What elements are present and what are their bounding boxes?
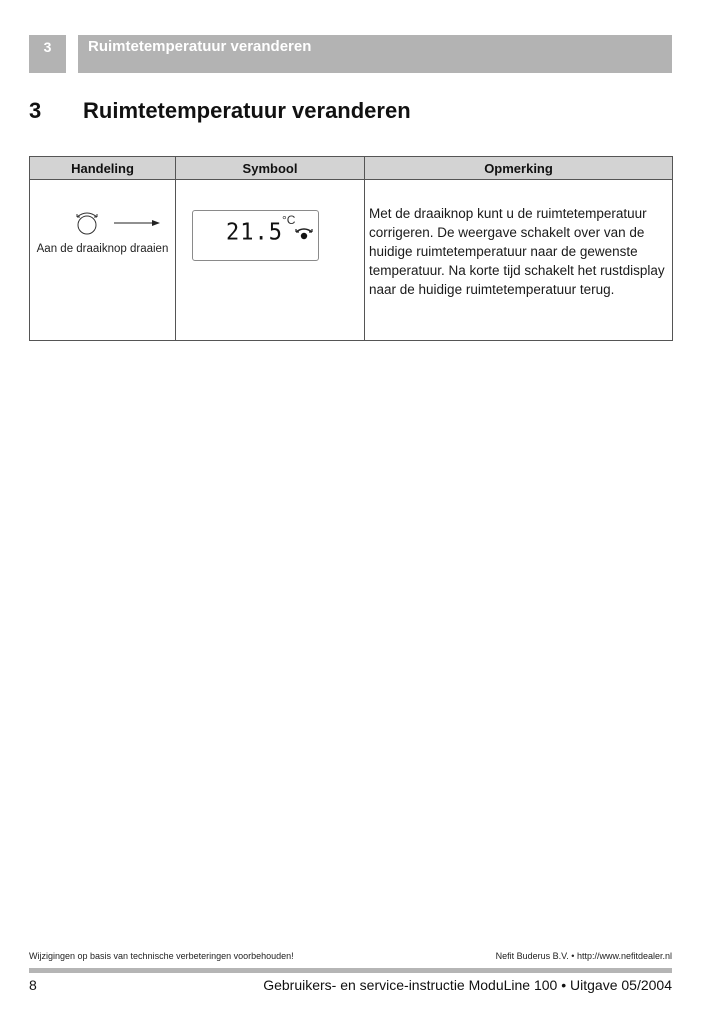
lcd-temperature-value: 21.5	[226, 219, 283, 245]
column-header-action: Handeling	[30, 157, 176, 180]
instruction-table: Handeling Symbool Opmerking	[29, 156, 673, 341]
lcd-unit: °C	[282, 213, 295, 227]
column-header-symbol: Symbool	[176, 157, 365, 180]
footer-company: Nefit Buderus B.V. • http://www.nefitdea…	[496, 951, 672, 961]
section-title: Ruimtetemperatuur veranderen	[83, 98, 411, 124]
rotary-knob-icon	[74, 210, 100, 236]
table-row: Aan de draaiknop draaien 21.5 °C	[30, 180, 673, 341]
footer-document-title: Gebruikers- en service-instructie ModuLi…	[263, 977, 672, 993]
knob-rotation-indicator-icon	[294, 226, 314, 240]
action-cell: Aan de draaiknop draaien	[30, 180, 176, 341]
remark-text: Met de draaiknop kunt u de ruimtetempera…	[365, 180, 672, 299]
arrow-right-icon	[114, 217, 160, 229]
action-label: Aan de draaiknop draaien	[30, 242, 175, 257]
footer-divider	[29, 968, 672, 973]
footer-disclaimer: Wijzigingen op basis van technische verb…	[29, 951, 294, 961]
chapter-header-bar: Ruimtetemperatuur veranderen	[78, 35, 672, 73]
symbol-cell: 21.5 °C	[176, 180, 365, 341]
chapter-number-tab: 3	[29, 35, 66, 73]
remark-cell: Met de draaiknop kunt u de ruimtetempera…	[365, 180, 673, 341]
section-number: 3	[29, 98, 41, 124]
lcd-display: 21.5 °C	[192, 210, 319, 261]
page-number: 8	[29, 977, 37, 993]
column-header-remark: Opmerking	[365, 157, 673, 180]
